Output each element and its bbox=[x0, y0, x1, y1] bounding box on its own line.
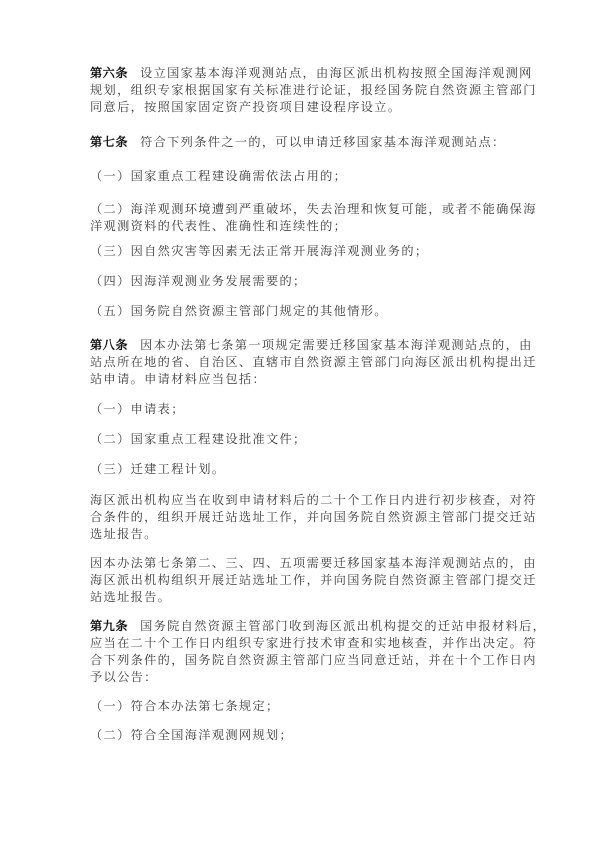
article-8-para-2-line-1: 因本办法第七条第二、三、四、五项需要迁移国家基本海洋观测站点的，由 bbox=[90, 555, 537, 571]
article-8-item-2: （二）国家重点工程建设批准文件； bbox=[90, 431, 307, 447]
article-8-heading: 第八条 bbox=[90, 338, 128, 352]
document-page: 第六条设立国家基本海洋观测站点，由海区派出机构按照全国海洋观测网 规划，组织专家… bbox=[0, 0, 595, 841]
article-8-line-2: 站点所在地的省、自治区、直辖市自然资源主管部门向海区派出机构提出迁 bbox=[90, 354, 537, 370]
article-7-item-1: （一）国家重点工程建设确需依法占用的； bbox=[90, 168, 347, 184]
article-8-line-1: 第八条因本办法第七条第一项规定需要迁移国家基本海洋观测站点的，由 bbox=[90, 337, 533, 353]
article-8-line-3: 站申请。申请材料应当包括： bbox=[90, 371, 266, 387]
article-6-heading: 第六条 bbox=[90, 66, 128, 80]
article-7-item-3: （三）因自然灾害等因素无法正常开展海洋观测业务的； bbox=[90, 243, 428, 259]
article-7-item-2-line-2: 洋观测资料的代表性、准确性和连续性的； bbox=[90, 218, 347, 234]
article-8-para-2-line-2: 海区派出机构组织开展迁站选址工作，并向国务院自然资源主管部门提交迁 bbox=[90, 572, 537, 588]
article-6-line-1: 第六条设立国家基本海洋观测站点，由海区派出机构按照全国海洋观测网 bbox=[90, 65, 533, 81]
article-9-heading: 第九条 bbox=[90, 619, 128, 633]
article-7-item-5: （五）国务院自然资源主管部门规定的其他情形。 bbox=[90, 303, 388, 319]
article-9-item-2: （二）符合全国海洋观测网规划； bbox=[90, 727, 293, 743]
article-9-line-3: 合下列条件的，国务院自然资源主管部门应当同意迁站，并在十个工作日内 bbox=[90, 652, 537, 668]
article-6-line-2: 规划，组织专家根据国家有关标准进行论证，报经国务院自然资源主管部门 bbox=[90, 82, 537, 98]
article-7-item-2-line-1: （二）海洋观测环境遭到严重破坏，失去治理和恢复可能，或者不能确保海 bbox=[90, 201, 537, 217]
article-7-heading: 第七条 bbox=[90, 135, 128, 149]
article-8-para-2-line-3: 站选址报告。 bbox=[90, 589, 171, 605]
article-9-item-1: （一）符合本办法第七条规定； bbox=[90, 698, 280, 714]
article-8-para-1-line-1: 海区派出机构应当在收到申请材料后的二十个工作日内进行初步核查，对符 bbox=[90, 492, 537, 508]
article-7-line-1: 第七条符合下列条件之一的，可以申请迁移国家基本海洋观测站点： bbox=[90, 134, 506, 150]
article-9-line-2: 应当在二十个工作日内组织专家进行技术审查和实地核查，并作出决定。符 bbox=[90, 635, 537, 651]
article-6-line-3: 同意后，按照国家固定资产投资项目建设程序设立。 bbox=[90, 99, 401, 115]
article-9-line-1: 第九条国务院自然资源主管部门收到海区派出机构提交的迁站申报材料后， bbox=[90, 618, 546, 634]
article-8-para-1-line-2: 合条件的，组织开展迁站选址工作，并向国务院自然资源主管部门提交迁站 bbox=[90, 509, 537, 525]
article-8-para-1-line-3: 选址报告。 bbox=[90, 526, 158, 542]
article-8-item-3: （三）迁建工程计划。 bbox=[90, 461, 225, 477]
article-9-line-4: 予以公告： bbox=[90, 669, 158, 685]
article-8-item-1: （一）申请表； bbox=[90, 401, 185, 417]
article-7-item-4: （四）因海洋观测业务发展需要的； bbox=[90, 273, 307, 289]
